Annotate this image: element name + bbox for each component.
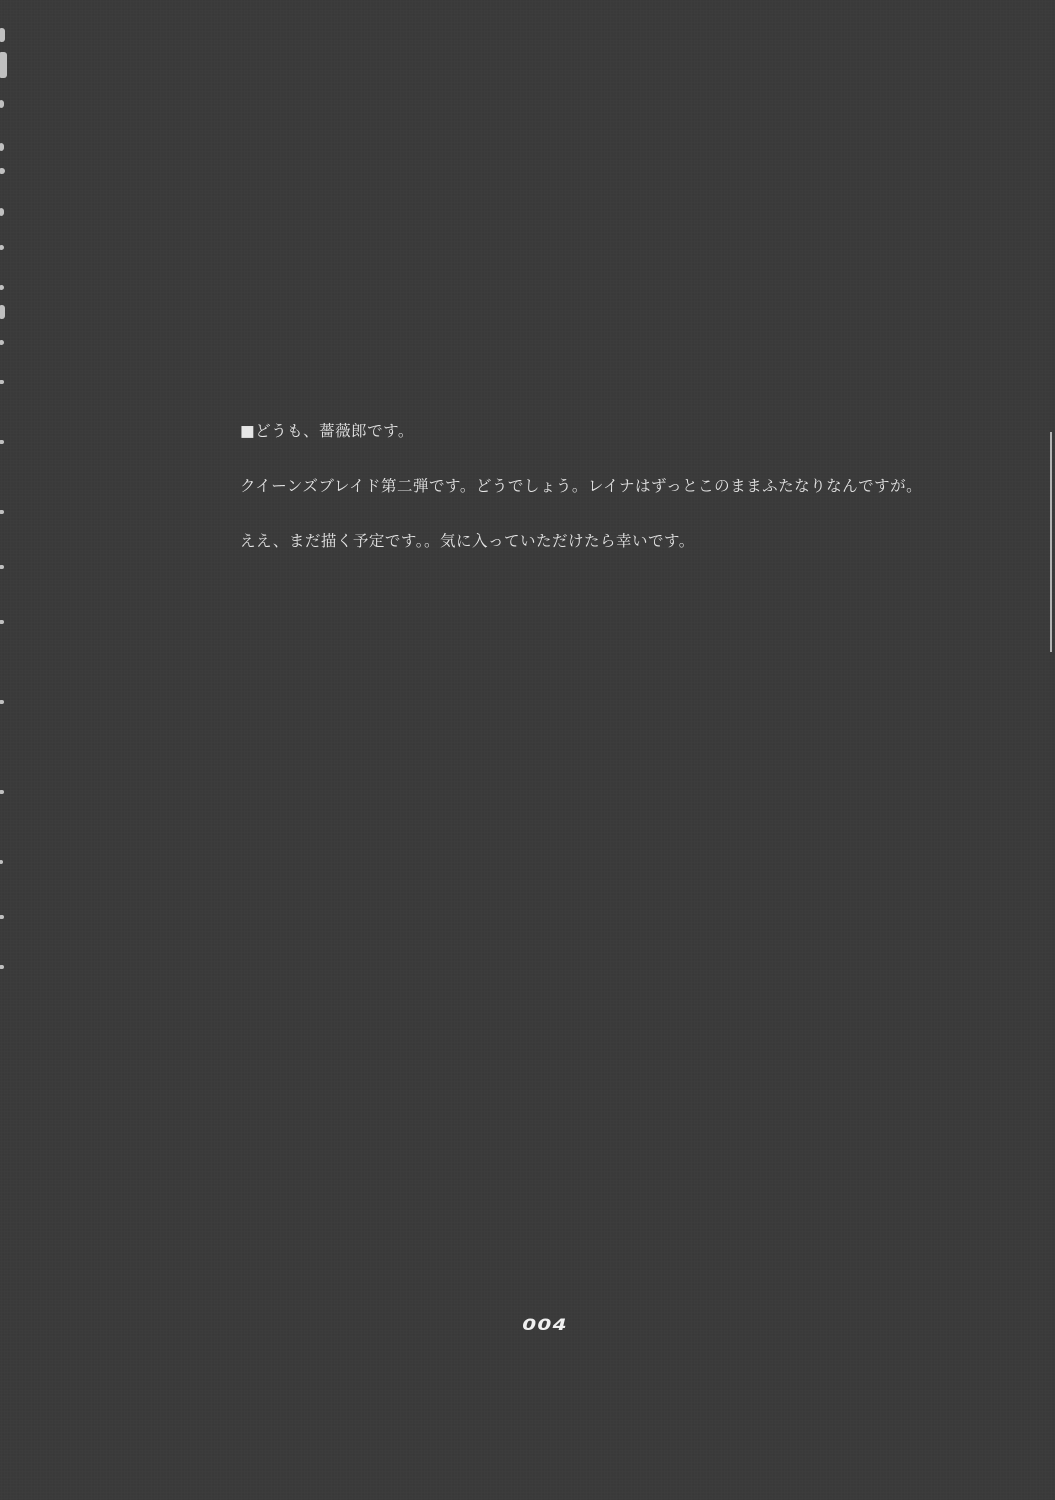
bleed-through-edge — [0, 0, 12, 1100]
edge-mark — [0, 510, 4, 514]
edge-mark — [0, 305, 5, 319]
edge-mark — [0, 440, 4, 444]
edge-mark — [0, 28, 5, 42]
edge-mark — [0, 143, 4, 151]
body-line-1: クイーンズブレイド第二弾です。どうでしょう。レイナはずっとこのままふたなりなんで… — [240, 476, 922, 496]
edge-mark — [0, 168, 5, 174]
page-number: 004 — [510, 1316, 580, 1334]
edge-mark — [0, 915, 4, 919]
edge-mark — [0, 965, 4, 969]
scanned-page: ■どうも、薔薇郎です。 クイーンズブレイド第二弾です。どうでしょう。レイナはずっ… — [0, 0, 1055, 1500]
greeting-line: ■どうも、薔薇郎です。 — [240, 421, 922, 441]
afterword-text: ■どうも、薔薇郎です。 クイーンズブレイド第二弾です。どうでしょう。レイナはずっ… — [240, 421, 922, 586]
edge-mark — [0, 860, 3, 864]
edge-mark — [0, 380, 4, 384]
edge-mark — [0, 208, 4, 216]
edge-mark — [0, 285, 4, 290]
edge-mark — [0, 620, 4, 624]
body-line-2: ええ、まだ描く予定です。。気に入っていただけたら幸いです。 — [240, 531, 922, 551]
edge-mark — [0, 565, 4, 569]
edge-mark — [0, 790, 4, 794]
edge-mark — [0, 340, 4, 345]
edge-mark — [0, 700, 4, 704]
page-edge-line — [1050, 432, 1052, 652]
edge-mark — [0, 100, 4, 108]
edge-mark — [0, 245, 4, 250]
edge-mark — [0, 52, 7, 78]
